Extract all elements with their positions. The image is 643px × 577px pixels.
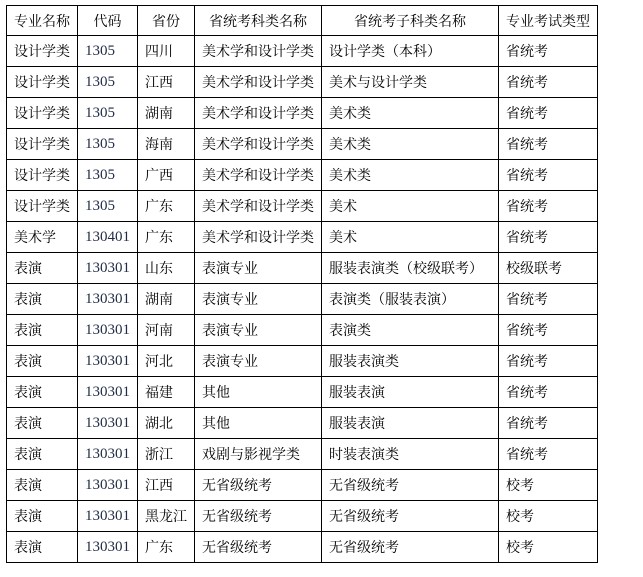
cell-code: 130401	[78, 222, 138, 253]
table-row: 表演130301河南表演专业表演类省统考	[7, 315, 598, 346]
cell-code: 130301	[78, 284, 138, 315]
cell-code: 1305	[78, 160, 138, 191]
cell-subcategory: 设计学类（本科）	[322, 36, 499, 67]
table-row: 表演130301广东无省级统考无省级统考校考	[7, 532, 598, 563]
cell-province: 广西	[138, 160, 195, 191]
cell-code: 130301	[78, 532, 138, 563]
table-row: 表演130301河北表演专业服装表演类省统考	[7, 346, 598, 377]
header-exam-type: 专业考试类型	[499, 6, 598, 36]
cell-category: 无省级统考	[195, 501, 322, 532]
cell-subcategory: 表演类（服装表演）	[322, 284, 499, 315]
table-row: 表演130301江西无省级统考无省级统考校考	[7, 470, 598, 501]
cell-subcategory: 美术类	[322, 160, 499, 191]
cell-subcategory: 时装表演类	[322, 439, 499, 470]
cell-province: 黑龙江	[138, 501, 195, 532]
cell-code: 1305	[78, 36, 138, 67]
table-row: 表演130301湖北其他服装表演省统考	[7, 408, 598, 439]
cell-province: 海南	[138, 129, 195, 160]
cell-exam-type: 省统考	[499, 36, 598, 67]
header-province: 省份	[138, 6, 195, 36]
table-row: 表演130301山东表演专业服装表演类（校级联考）校级联考	[7, 253, 598, 284]
cell-major: 表演	[7, 253, 78, 284]
cell-category: 表演专业	[195, 284, 322, 315]
cell-exam-type: 省统考	[499, 408, 598, 439]
cell-exam-type: 省统考	[499, 315, 598, 346]
cell-province: 河南	[138, 315, 195, 346]
cell-exam-type: 校级联考	[499, 253, 598, 284]
cell-exam-type: 省统考	[499, 191, 598, 222]
table-row: 设计学类1305广东美术学和设计学类美术省统考	[7, 191, 598, 222]
cell-major: 表演	[7, 377, 78, 408]
table-row: 表演130301湖南表演专业表演类（服装表演）省统考	[7, 284, 598, 315]
table-row: 设计学类1305四川美术学和设计学类设计学类（本科）省统考	[7, 36, 598, 67]
cell-province: 河北	[138, 346, 195, 377]
cell-major: 表演	[7, 346, 78, 377]
table-body: 设计学类1305四川美术学和设计学类设计学类（本科）省统考设计学类1305江西美…	[7, 36, 598, 563]
cell-province: 湖南	[138, 284, 195, 315]
cell-exam-type: 校考	[499, 501, 598, 532]
cell-code: 130301	[78, 439, 138, 470]
cell-code: 130301	[78, 253, 138, 284]
cell-category: 戏剧与影视学类	[195, 439, 322, 470]
table-row: 设计学类1305广西美术学和设计学类美术类省统考	[7, 160, 598, 191]
cell-code: 1305	[78, 129, 138, 160]
cell-category: 表演专业	[195, 346, 322, 377]
cell-exam-type: 省统考	[499, 439, 598, 470]
cell-major: 表演	[7, 470, 78, 501]
table-row: 表演130301福建其他服装表演省统考	[7, 377, 598, 408]
cell-province: 湖南	[138, 98, 195, 129]
cell-major: 美术学	[7, 222, 78, 253]
header-subcategory: 省统考子科类名称	[322, 6, 499, 36]
cell-category: 其他	[195, 377, 322, 408]
cell-province: 江西	[138, 470, 195, 501]
cell-subcategory: 美术类	[322, 98, 499, 129]
cell-exam-type: 省统考	[499, 284, 598, 315]
cell-code: 1305	[78, 191, 138, 222]
cell-major: 表演	[7, 315, 78, 346]
exam-type-table: 专业名称 代码 省份 省统考科类名称 省统考子科类名称 专业考试类型 设计学类1…	[6, 5, 598, 563]
cell-province: 广东	[138, 532, 195, 563]
cell-subcategory: 表演类	[322, 315, 499, 346]
cell-category: 美术学和设计学类	[195, 129, 322, 160]
cell-subcategory: 美术与设计学类	[322, 67, 499, 98]
cell-category: 美术学和设计学类	[195, 160, 322, 191]
cell-subcategory: 无省级统考	[322, 501, 499, 532]
cell-province: 广东	[138, 222, 195, 253]
cell-subcategory: 服装表演类	[322, 346, 499, 377]
table-row: 设计学类1305湖南美术学和设计学类美术类省统考	[7, 98, 598, 129]
cell-subcategory: 服装表演	[322, 408, 499, 439]
cell-exam-type: 省统考	[499, 67, 598, 98]
cell-major: 表演	[7, 501, 78, 532]
cell-code: 130301	[78, 377, 138, 408]
cell-major: 设计学类	[7, 36, 78, 67]
cell-code: 130301	[78, 408, 138, 439]
cell-subcategory: 无省级统考	[322, 532, 499, 563]
cell-code: 130301	[78, 315, 138, 346]
cell-province: 江西	[138, 67, 195, 98]
cell-category: 无省级统考	[195, 532, 322, 563]
cell-code: 130301	[78, 470, 138, 501]
cell-code: 130301	[78, 501, 138, 532]
cell-major: 表演	[7, 439, 78, 470]
cell-exam-type: 校考	[499, 532, 598, 563]
cell-major: 设计学类	[7, 67, 78, 98]
cell-category: 美术学和设计学类	[195, 67, 322, 98]
cell-major: 表演	[7, 408, 78, 439]
table-row: 设计学类1305海南美术学和设计学类美术类省统考	[7, 129, 598, 160]
cell-province: 湖北	[138, 408, 195, 439]
cell-exam-type: 省统考	[499, 129, 598, 160]
cell-code: 1305	[78, 98, 138, 129]
cell-province: 福建	[138, 377, 195, 408]
cell-exam-type: 校考	[499, 470, 598, 501]
cell-subcategory: 美术	[322, 222, 499, 253]
cell-major: 设计学类	[7, 98, 78, 129]
cell-exam-type: 省统考	[499, 377, 598, 408]
header-code: 代码	[78, 6, 138, 36]
cell-province: 广东	[138, 191, 195, 222]
cell-category: 表演专业	[195, 315, 322, 346]
cell-major: 设计学类	[7, 191, 78, 222]
cell-province: 山东	[138, 253, 195, 284]
cell-major: 设计学类	[7, 129, 78, 160]
cell-category: 美术学和设计学类	[195, 98, 322, 129]
cell-subcategory: 美术	[322, 191, 499, 222]
header-row: 专业名称 代码 省份 省统考科类名称 省统考子科类名称 专业考试类型	[7, 6, 598, 36]
cell-code: 130301	[78, 346, 138, 377]
header-category: 省统考科类名称	[195, 6, 322, 36]
cell-subcategory: 服装表演	[322, 377, 499, 408]
cell-province: 四川	[138, 36, 195, 67]
cell-exam-type: 省统考	[499, 346, 598, 377]
cell-subcategory: 美术类	[322, 129, 499, 160]
cell-subcategory: 无省级统考	[322, 470, 499, 501]
cell-category: 美术学和设计学类	[195, 191, 322, 222]
header-major: 专业名称	[7, 6, 78, 36]
cell-exam-type: 省统考	[499, 98, 598, 129]
cell-major: 表演	[7, 284, 78, 315]
cell-major: 表演	[7, 532, 78, 563]
cell-category: 无省级统考	[195, 470, 322, 501]
cell-category: 表演专业	[195, 253, 322, 284]
cell-exam-type: 省统考	[499, 160, 598, 191]
cell-category: 其他	[195, 408, 322, 439]
cell-major: 设计学类	[7, 160, 78, 191]
cell-category: 美术学和设计学类	[195, 36, 322, 67]
cell-code: 1305	[78, 67, 138, 98]
table-row: 设计学类1305江西美术学和设计学类美术与设计学类省统考	[7, 67, 598, 98]
cell-category: 美术学和设计学类	[195, 222, 322, 253]
table-row: 表演130301浙江戏剧与影视学类时装表演类省统考	[7, 439, 598, 470]
cell-exam-type: 省统考	[499, 222, 598, 253]
cell-province: 浙江	[138, 439, 195, 470]
table-row: 表演130301黑龙江无省级统考无省级统考校考	[7, 501, 598, 532]
table-row: 美术学130401广东美术学和设计学类美术省统考	[7, 222, 598, 253]
cell-subcategory: 服装表演类（校级联考）	[322, 253, 499, 284]
